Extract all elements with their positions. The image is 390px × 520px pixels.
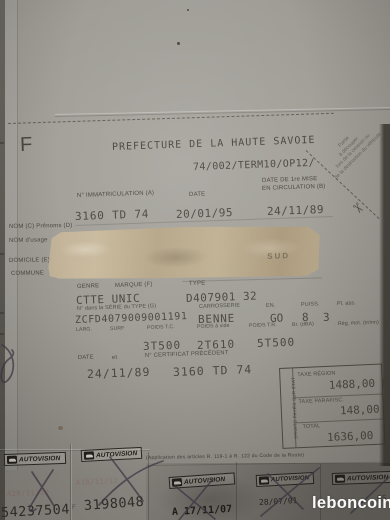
regime-label: Rég. mot. (tr/mn) [338,320,379,327]
poids-tc-label: POIDS T.C. [147,324,175,331]
leboncoin-watermark: leboncoin [312,494,390,513]
tax-parafisc-label: TAXE PARAFISC. [298,397,344,405]
tax-region-value: 1488,00 F [329,376,389,392]
cert-date-value: 24/11/89 [87,365,151,381]
tax-parafisc-value: 148,00 [340,403,380,418]
immat-value: 3160 TD 74 [75,207,150,223]
car-icon [172,478,183,487]
legal-note: (Application des articles R. 119-1 à R. … [146,453,304,461]
first-date-value: 20/01/95 [176,206,233,221]
type-label: TYPE [189,280,206,287]
tax-total-label: TOTAL [302,423,320,430]
prefecture-ref-code: 74/002/TERM10/OP12/ [193,158,315,173]
tax-separator [295,418,383,423]
autovision-brand: AUTOVISION [19,455,61,463]
paper-dot [187,9,189,11]
poids-vide-label: POIDS à vide [197,323,230,330]
cert-et-label: et [112,355,117,361]
fold-line [236,462,237,520]
stamp-date: A20/11/10 [7,489,50,498]
margin-tick [0,253,4,255]
cert-date-label: DATE [78,354,94,361]
paper-stain [58,426,63,430]
car-icon [259,476,269,485]
autovision-stamp: AUTOVISION [4,452,66,466]
tax-box: DROITS PAYÉS SUR ÉTAT TAXE RÉGION 1488,0… [279,364,385,449]
cert-num-value: 3160 TD 74 [173,362,253,379]
scissors-icon: ✂ [348,199,369,219]
carrosserie-label: CARROSSERIE [199,303,240,310]
bruit-label: Br. (dBA) [292,321,314,328]
footer-corner-letter: F [72,505,76,511]
stamp-date: 28/07/01 [259,496,298,507]
puissance-label: PUISS. [301,301,320,308]
paper-dot [177,42,180,45]
autovision-brand: AUTOVISION [184,476,226,486]
poids-tc-value: 3T500 [143,339,182,353]
autovision-stamp: AUTOVISION [332,471,390,485]
autovision-brand: AUTOVISION [271,475,309,483]
masking-tape: SUD [47,223,320,282]
cut-note-line: à découper [308,106,390,188]
car-icon [84,451,94,460]
date-label: DATE [189,191,206,198]
prefecture-title: PREFECTURE DE LA HAUTE SAVOIE [112,135,316,153]
registration-card-photo: ✂ Partie à découper lors de la cession o… [0,0,390,520]
larg-label: LARG. [76,326,92,333]
genre-label: GENRE [77,283,100,290]
autovision-stamp: AUTOVISION [81,447,143,462]
tax-region-label: TAXE RÉGION [297,371,336,379]
fold-line [148,452,149,520]
margin-tick [0,333,4,335]
stamp-date: A18/11/11 [76,477,119,487]
left-underlying-sheet [5,0,18,470]
tax-total-value: 1636,00 [327,429,374,444]
nom-usage-label: NOM d'usage [9,237,48,244]
energie-label: EN. [266,303,276,309]
domicile-label: DOMICILE (E) [9,257,50,264]
autovision-brand: AUTOVISION [96,450,138,459]
stamp-number: 3198048 [83,494,144,514]
autovision-stamp: AUTOVISION [169,472,236,489]
stamp-date: A 17/11/07 [172,504,233,518]
autovision-stamp: AUTOVISION [256,472,315,487]
immat-label: N° IMMATRICULATION (A) [77,190,154,199]
surf-label: SURF [110,325,125,332]
commune-label: COMMUNE [11,270,44,277]
places-label: Pl. ass. [337,300,356,307]
form-series-letter: F [20,134,33,157]
margin-tick [0,142,4,144]
margin-tick [0,312,4,314]
cut-corner-note: Partie à découper lors de la cession ou … [303,101,390,197]
tape-visible-text: SUD [267,251,290,261]
tax-side-label: DROITS PAYÉS SUR ÉTAT [291,377,299,439]
autovision-brand: AUTOVISION [347,474,389,482]
poids-tr-label: POIDS T.R. [249,322,277,329]
lower-section-rule [147,462,390,466]
marque-label: MARQUE (F) [115,282,153,289]
nom-label: NOM (C) Prénoms (D) [9,223,73,230]
poids-tr-value: 5T500 [257,336,296,350]
stamp-number: 54237504 [1,501,71,520]
car-icon [7,456,17,464]
places-value: 3 [323,311,330,324]
car-icon [335,475,345,483]
